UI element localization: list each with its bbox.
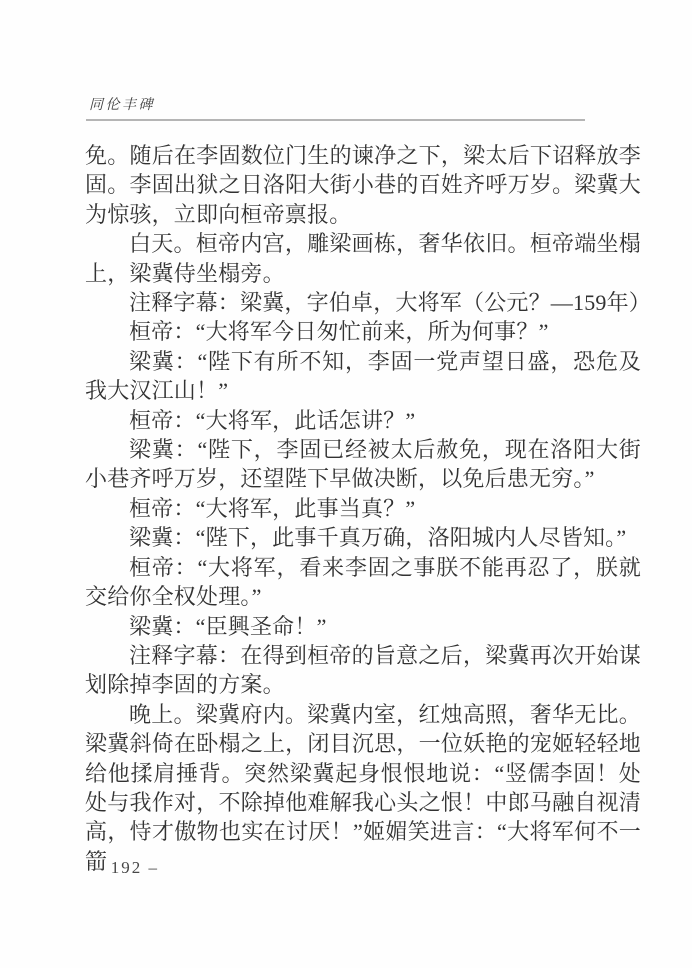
header-rule-divider: [86, 119, 585, 121]
page-number: – 192 –: [94, 858, 159, 878]
running-header-title: 同伦丰碑: [89, 94, 155, 114]
paragraph: 注释字幕：在得到桓帝的旨意之后，梁冀再次开始谋划除掉李固的方案。: [85, 641, 641, 700]
paragraph: 梁冀：“陛下，此事千真万确，洛阳城内人尽皆知。”: [85, 523, 641, 552]
paragraph: 桓帝：“大将军，此话怎讲？”: [85, 406, 641, 435]
paragraph: 桓帝：“大将军，看来李固之事朕不能再忍了，朕就交给你全权处理。”: [85, 553, 641, 612]
paragraph: 晚上。梁冀府内。梁冀内室，红烛高照，奢华无比。梁冀斜倚在卧榻之上，闭目沉思，一位…: [85, 700, 641, 876]
paragraph: 桓帝：“大将军，此事当真？”: [85, 494, 641, 523]
paragraph: 白天。桓帝内宫，雕梁画栋，奢华依旧。桓帝端坐榻上，梁冀侍坐榻旁。: [85, 229, 641, 288]
book-page: 同伦丰碑 免。随后在李固数位门生的谏净之下，梁太后下诏释放李固。李固出狱之日洛阳…: [0, 0, 692, 968]
paragraph: 注释字幕：梁冀，字伯卓，大将军（公元？—159年）: [85, 288, 641, 317]
paragraph: 梁冀：“陛下，李固已经被太后赦免，现在洛阳大街小巷齐呼万岁，还望陛下早做决断，以…: [85, 435, 641, 494]
paragraph: 梁冀：“陛下有所不知，李固一党声望日盛，恐危及我大汉江山！”: [85, 347, 641, 406]
paragraph: 梁冀：“臣興圣命！”: [85, 612, 641, 641]
paragraph: 免。随后在李固数位门生的谏净之下，梁太后下诏释放李固。李固出狱之日洛阳大街小巷的…: [85, 141, 641, 229]
page-body: 免。随后在李固数位门生的谏净之下，梁太后下诏释放李固。李固出狱之日洛阳大街小巷的…: [85, 141, 641, 876]
paragraph: 桓帝：“大将军今日匆忙前来，所为何事？”: [85, 317, 641, 346]
